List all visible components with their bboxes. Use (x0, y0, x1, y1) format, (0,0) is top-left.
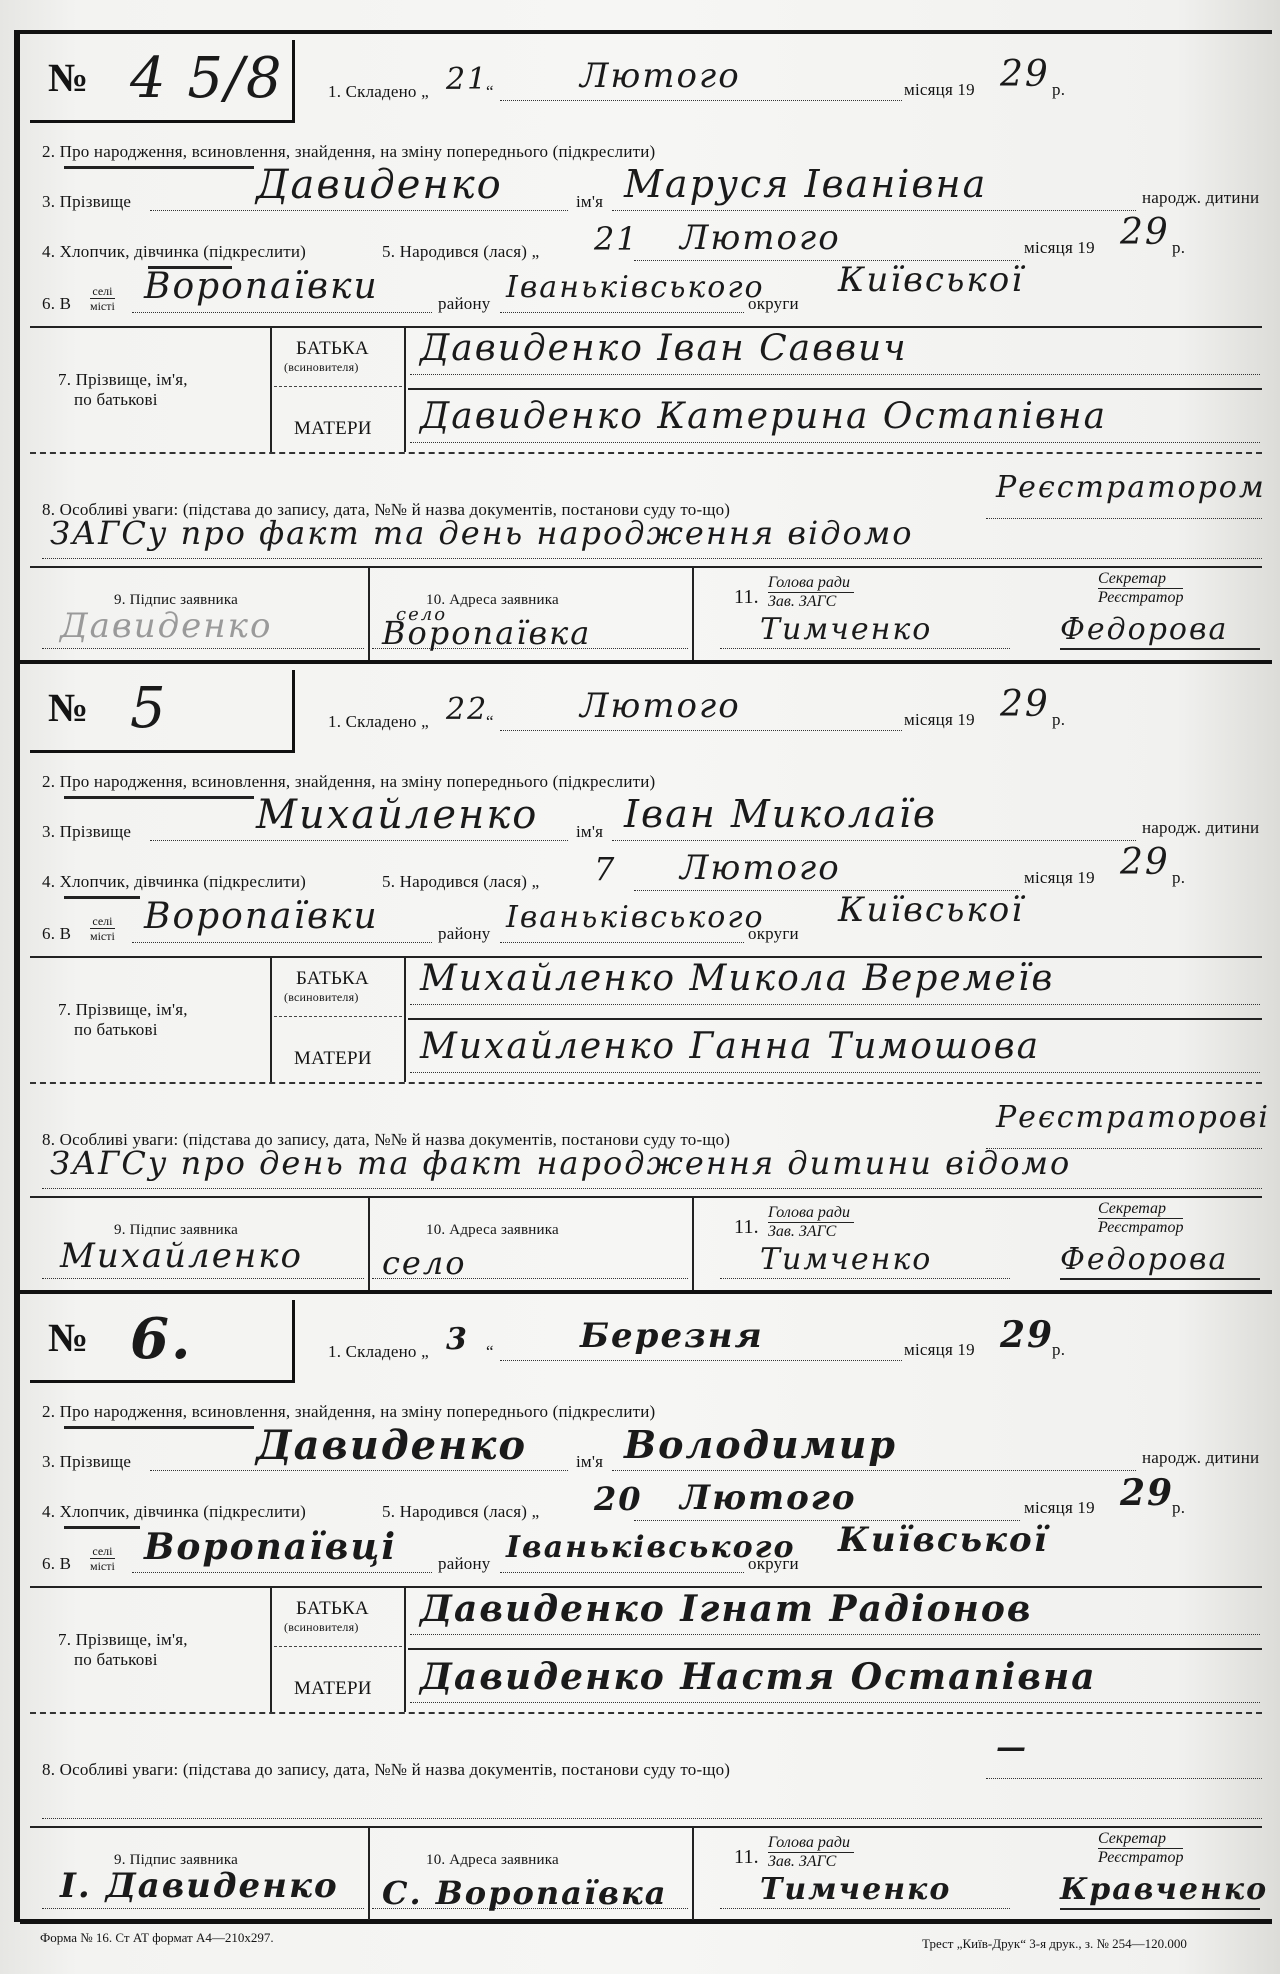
compiled-day: 21 (446, 62, 488, 97)
record-number: 6. (130, 1306, 192, 1372)
birth-register-form: № 4 5/8 1. Складено „ 21 “ Лютого місяця… (14, 30, 1272, 1922)
section-divider (30, 566, 1262, 568)
compiled-year: 29 (1000, 684, 1050, 725)
applicant-address: село (382, 1244, 467, 1282)
field-1-label: 1. Складено „ (328, 1342, 429, 1362)
mother-label: МАТЕРИ (294, 1048, 372, 1070)
number-sign: № (48, 684, 88, 731)
okrug-label: округи (748, 294, 799, 314)
born-day: 7 (594, 850, 616, 888)
registrar-title: Секретар Реєстратор (1098, 1200, 1183, 1237)
born-year: 29 (1120, 842, 1170, 883)
compiled-month: Лютого (580, 56, 741, 96)
village-name: Воропаївки (144, 896, 379, 937)
village-name: Воропаївці (144, 1526, 397, 1568)
village-town-fraction: селі місті (90, 284, 115, 313)
gender-underline (64, 896, 140, 899)
column-divider (270, 958, 272, 1082)
field-5-label: 5. Народився (лася) „ (382, 242, 539, 262)
applicant-signature: І. Давиденко (60, 1866, 339, 1906)
born-month-label: місяця 19 (1024, 1498, 1095, 1518)
event-type-underline (64, 1426, 254, 1429)
record-number-box: № 6. (30, 1300, 295, 1383)
name-label: ім'я (576, 192, 603, 212)
gender-underline (64, 1526, 140, 1529)
dotted-line (500, 1572, 744, 1573)
okrug-name: Київської (838, 1520, 1049, 1560)
notes-line-2: ЗАГСу про факт та день народження відомо (50, 514, 914, 552)
compiled-day: 3 (446, 1322, 469, 1357)
district-label: району (438, 294, 490, 314)
head-of-council-title: Голова ради Зав. ЗАГС (768, 574, 854, 611)
field-6-label: 6. В (42, 1554, 71, 1574)
row-line (408, 1018, 1262, 1020)
field-1-label: 1. Складено „ (328, 82, 429, 102)
okrug-name: Київської (838, 890, 1024, 930)
dotted-line (410, 1004, 1260, 1005)
father-sublabel: (всиновителя) (284, 990, 359, 1005)
field-7-label-2: по батькові (74, 1650, 158, 1670)
dotted-line (500, 1360, 902, 1361)
field-10-label: 10. Адреса заявника (426, 1222, 559, 1239)
born-year: 29 (1120, 212, 1170, 253)
born-year: 29 (1120, 1472, 1174, 1514)
father-full-name: Михайленко Микола Веремеїв (420, 958, 1054, 999)
column-divider (368, 1198, 370, 1290)
okrug-name: Київської (838, 260, 1024, 300)
village-town-fraction: селі місті (90, 1544, 115, 1573)
parent-divider (274, 1016, 402, 1017)
notes-line-1: Реєстратором (996, 470, 1266, 505)
dotted-line (612, 1470, 1136, 1471)
born-month: Лютого (680, 1478, 857, 1518)
child-surname: Давиденко (256, 162, 503, 208)
field-11-label: 11. (734, 586, 759, 609)
year-suffix: р. (1052, 710, 1065, 730)
head-title-top: Голова ради (768, 1834, 854, 1853)
parent-divider (274, 1646, 402, 1647)
father-label: БАТЬКА (296, 338, 369, 360)
column-divider (270, 1588, 272, 1712)
column-divider (692, 568, 694, 660)
village-name: Воропаївки (144, 266, 379, 307)
field-11-label: 11. (734, 1846, 759, 1869)
father-sublabel: (всиновителя) (284, 360, 359, 375)
section-divider (30, 1196, 1262, 1198)
birth-record-5: № 5 1. Складено „ 22 “ Лютого місяця 19 … (20, 664, 1272, 1294)
record-number-box: № 5 (30, 670, 295, 753)
field-10-label: 10. Адреса заявника (426, 1852, 559, 1869)
dotted-line (42, 1188, 1262, 1189)
field-6-label: 6. В (42, 924, 71, 944)
field-3-label: 3. Прізвище (42, 192, 131, 212)
dotted-line (500, 100, 902, 101)
dotted-line (410, 1634, 1260, 1635)
village-label: селі (90, 1544, 115, 1559)
registrar-title: Секретар Реєстратор (1098, 1830, 1183, 1867)
dotted-line (42, 1278, 364, 1279)
field-4-label: 4. Хлопчик, дівчинка (підкреслити) (42, 872, 306, 892)
born-day: 21 (594, 220, 639, 258)
section-divider (30, 1826, 1262, 1828)
child-name: Іван Миколаїв (624, 792, 937, 836)
child-label: народж. дитини (1142, 1448, 1259, 1468)
signature-line (1060, 1278, 1260, 1280)
scanned-page: № 4 5/8 1. Складено „ 21 “ Лютого місяця… (0, 0, 1280, 1974)
okrug-label: округи (748, 924, 799, 944)
quote-mark: “ (486, 82, 494, 102)
dotted-line (150, 840, 568, 841)
year-suffix: р. (1052, 1340, 1065, 1360)
notes-line-1: Реєстраторові (996, 1100, 1270, 1135)
head-signature: Тимченко (760, 612, 932, 647)
year-suffix: р. (1052, 80, 1065, 100)
head-title-bottom: Зав. ЗАГС (768, 593, 836, 610)
record-number-box: № 4 5/8 (30, 40, 295, 123)
father-full-name: Давиденко Ігнат Радіонов (420, 1588, 1033, 1630)
town-label: місті (90, 299, 115, 313)
head-title-bottom: Зав. ЗАГС (768, 1853, 836, 1870)
dotted-line (720, 1908, 1010, 1909)
record-number: 4 5/8 (130, 46, 284, 111)
record-number: 5 (130, 676, 168, 741)
village-label: селі (90, 914, 115, 929)
village-town-fraction: селі місті (90, 914, 115, 943)
field-11-label: 11. (734, 1216, 759, 1239)
field-2-label: 2. Про народження, всиновлення, знайденн… (42, 772, 655, 792)
dotted-line (42, 1818, 1262, 1819)
dotted-line (132, 1572, 432, 1573)
name-label: ім'я (576, 822, 603, 842)
dotted-line (132, 942, 432, 943)
dotted-line (612, 210, 1136, 211)
parent-divider (274, 386, 402, 387)
number-sign: № (48, 1314, 88, 1361)
notes-line-2: ЗАГСу про день та факт народження дитини… (50, 1144, 1071, 1182)
dotted-line (150, 210, 568, 211)
dotted-line (42, 558, 1262, 559)
head-signature: Тимченко (760, 1242, 932, 1277)
field-3-label: 3. Прізвище (42, 822, 131, 842)
field-7-label: 7. Прізвище, ім'я, (58, 370, 188, 390)
event-type-underline (64, 796, 254, 799)
dotted-line (410, 442, 1260, 443)
child-surname: Михайленко (256, 792, 538, 838)
field-7-label-2: по батькові (74, 390, 158, 410)
row-line (408, 1648, 1262, 1650)
applicant-address: Воропаївка (382, 614, 591, 652)
column-divider (404, 1588, 406, 1712)
signature-line (1060, 648, 1260, 650)
secretary-title: Секретар (1098, 1200, 1183, 1219)
column-divider (368, 568, 370, 660)
dotted-line (410, 1072, 1260, 1073)
mother-label: МАТЕРИ (294, 1678, 372, 1700)
event-type-underline (64, 166, 254, 169)
born-day: 20 (594, 1480, 643, 1518)
born-month-label: місяця 19 (1024, 238, 1095, 258)
father-label: БАТЬКА (296, 968, 369, 990)
head-of-council-title: Голова ради Зав. ЗАГС (768, 1834, 854, 1871)
compiled-month: Лютого (580, 686, 741, 726)
father-sublabel: (всиновителя) (284, 1620, 359, 1635)
town-label: місті (90, 929, 115, 943)
mother-full-name: Давиденко Настя Остапівна (420, 1656, 1097, 1698)
town-label: місті (90, 1559, 115, 1573)
born-month-label: місяця 19 (1024, 868, 1095, 888)
dotted-line (410, 374, 1260, 375)
field-7-label: 7. Прізвище, ім'я, (58, 1000, 188, 1020)
village-label: селі (90, 284, 115, 299)
year-suffix: р. (1172, 238, 1185, 258)
applicant-signature: Давиденко (60, 606, 272, 646)
row-line (408, 388, 1262, 390)
dotted-line (986, 518, 1262, 519)
birth-record-4: № 4 5/8 1. Складено „ 21 “ Лютого місяця… (20, 34, 1272, 664)
column-divider (404, 958, 406, 1082)
field-3-label: 3. Прізвище (42, 1452, 131, 1472)
district-name: Іваньківського (506, 900, 765, 935)
year-suffix: р. (1172, 1498, 1185, 1518)
head-of-council-title: Голова ради Зав. ЗАГС (768, 1204, 854, 1241)
head-title-bottom: Зав. ЗАГС (768, 1223, 836, 1240)
secretary-title: Секретар (1098, 1830, 1183, 1849)
compiled-year: 29 (1000, 54, 1050, 95)
field-6-label: 6. В (42, 294, 71, 314)
compiled-year: 29 (1000, 1314, 1054, 1356)
district-label: району (438, 1554, 490, 1574)
dotted-line (500, 942, 744, 943)
dotted-line (42, 1908, 364, 1909)
field-8-label: 8. Особливі уваги: (підстава до запису, … (42, 1760, 730, 1780)
compiled-day: 22 (446, 692, 488, 727)
registrar-title-bottom: Реєстратор (1098, 589, 1183, 606)
dotted-line (720, 648, 1010, 649)
field-4-label: 4. Хлопчик, дівчинка (підкреслити) (42, 1502, 306, 1522)
compiled-month-label: місяця 19 (904, 1340, 975, 1360)
registrar-title-bottom: Реєстратор (1098, 1219, 1183, 1236)
field-2-label: 2. Про народження, всиновлення, знайденн… (42, 1402, 655, 1422)
section-divider (30, 1082, 1262, 1084)
compiled-month-label: місяця 19 (904, 80, 975, 100)
compiled-month: Березня (580, 1316, 764, 1356)
birth-record-6: № 6. 1. Складено „ 3 “ Березня місяця 19… (20, 1294, 1272, 1924)
form-footer-right: Трест „Київ-Друк“ 3-я друк., з. № 254—12… (922, 1936, 1187, 1952)
dotted-line (150, 1470, 568, 1471)
child-label: народж. дитини (1142, 818, 1259, 838)
signature-line (1060, 1908, 1260, 1910)
dotted-line (132, 312, 432, 313)
section-divider (30, 452, 1262, 454)
dotted-line (612, 840, 1136, 841)
born-month: Лютого (680, 218, 841, 258)
column-divider (692, 1198, 694, 1290)
applicant-signature: Михайленко (60, 1236, 303, 1276)
number-sign: № (48, 54, 88, 101)
field-2-label: 2. Про народження, всиновлення, знайденн… (42, 142, 655, 162)
child-name: Маруся Іванівна (624, 162, 987, 206)
head-title-top: Голова ради (768, 574, 854, 593)
field-5-label: 5. Народився (лася) „ (382, 872, 539, 892)
column-divider (368, 1828, 370, 1920)
field-7-label: 7. Прізвище, ім'я, (58, 1630, 188, 1650)
head-signature: Тимченко (760, 1872, 951, 1907)
child-label: народж. дитини (1142, 188, 1259, 208)
registrar-signature: Федорова (1060, 1242, 1228, 1277)
field-1-label: 1. Складено „ (328, 712, 429, 732)
district-label: району (438, 924, 490, 944)
form-footer-left: Форма № 16. Ст АТ формат А4—210x297. (40, 1930, 274, 1946)
applicant-address: С. Воропаївка (382, 1874, 667, 1912)
field-5-label: 5. Народився (лася) „ (382, 1502, 539, 1522)
dotted-line (42, 648, 364, 649)
field-4-label: 4. Хлопчик, дівчинка (підкреслити) (42, 242, 306, 262)
registrar-title: Секретар Реєстратор (1098, 570, 1183, 607)
district-name: Іваньківського (506, 270, 765, 305)
dotted-line (986, 1778, 1262, 1779)
column-divider (270, 328, 272, 452)
quote-mark: “ (486, 712, 494, 732)
secretary-title: Секретар (1098, 570, 1183, 589)
section-divider (30, 1712, 1262, 1714)
mother-full-name: Давиденко Катерина Остапівна (420, 396, 1107, 437)
column-divider (692, 1828, 694, 1920)
father-full-name: Давиденко Іван Саввич (420, 328, 908, 369)
dotted-line (720, 1278, 1010, 1279)
head-title-top: Голова ради (768, 1204, 854, 1223)
registrar-signature: Федорова (1060, 612, 1228, 647)
dotted-line (500, 730, 902, 731)
father-label: БАТЬКА (296, 1598, 369, 1620)
compiled-month-label: місяця 19 (904, 710, 975, 730)
mother-full-name: Михайленко Ганна Тимошова (420, 1026, 1040, 1067)
name-label: ім'я (576, 1452, 603, 1472)
dotted-line (500, 312, 744, 313)
okrug-label: округи (748, 1554, 799, 1574)
quote-mark: “ (486, 1342, 494, 1362)
year-suffix: р. (1172, 868, 1185, 888)
registrar-signature: Кравченко (1060, 1872, 1268, 1907)
notes-line-1: — (996, 1730, 1028, 1765)
child-name: Володимир (624, 1422, 897, 1467)
born-month: Лютого (680, 848, 841, 888)
child-surname: Давиденко (256, 1422, 527, 1469)
dotted-line (410, 1702, 1260, 1703)
registrar-title-bottom: Реєстратор (1098, 1849, 1183, 1866)
column-divider (404, 328, 406, 452)
field-7-label-2: по батькові (74, 1020, 158, 1040)
mother-label: МАТЕРИ (294, 418, 372, 440)
